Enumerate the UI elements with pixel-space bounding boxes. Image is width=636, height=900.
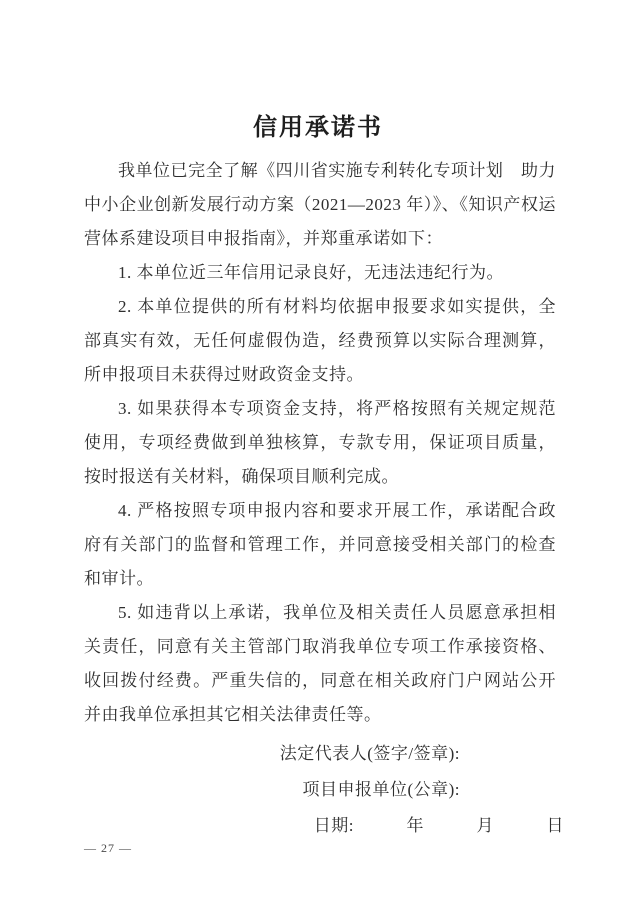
signature-block: 法定代表人(签字/签章): 项目申报单位(公章): 日期: 年 月 日 [0,736,636,844]
intro-paragraph: 我单位已完全了解《四川省实施专利转化专项计划 助力中小企业创新发展行动方案（20… [84,154,556,256]
commitment-item-2: 2. 本单位提供的所有材料均依据申报要求如实提供，全部真实有效，无任何虚假伪造，… [84,290,556,392]
legal-representative-signature-line: 法定代表人(签字/签章): [0,736,636,772]
commitment-item-4: 4. 严格按照专项申报内容和要求开展工作，承诺配合政府有关部门的监督和管理工作，… [84,494,556,596]
commitment-item-3: 3. 如果获得本专项资金支持，将严格按照有关规定规范使用，专项经费做到单独核算，… [84,392,556,494]
document-body: 我单位已完全了解《四川省实施专利转化专项计划 助力中小企业创新发展行动方案（20… [84,154,556,732]
commitment-item-5: 5. 如违背以上承诺，我单位及相关责任人员愿意承担相关责任，同意有关主管部门取消… [84,596,556,732]
date-line: 日期: 年 月 日 [0,808,636,844]
applicant-unit-seal-line: 项目申报单位(公章): [0,772,636,808]
document-page: 信用承诺书 我单位已完全了解《四川省实施专利转化专项计划 助力中小企业创新发展行… [0,0,636,900]
commitment-item-1: 1. 本单位近三年信用记录良好，无违法违纪行为。 [84,256,556,290]
page-number: — 27 — [84,841,132,856]
page-title: 信用承诺书 [0,110,636,146]
